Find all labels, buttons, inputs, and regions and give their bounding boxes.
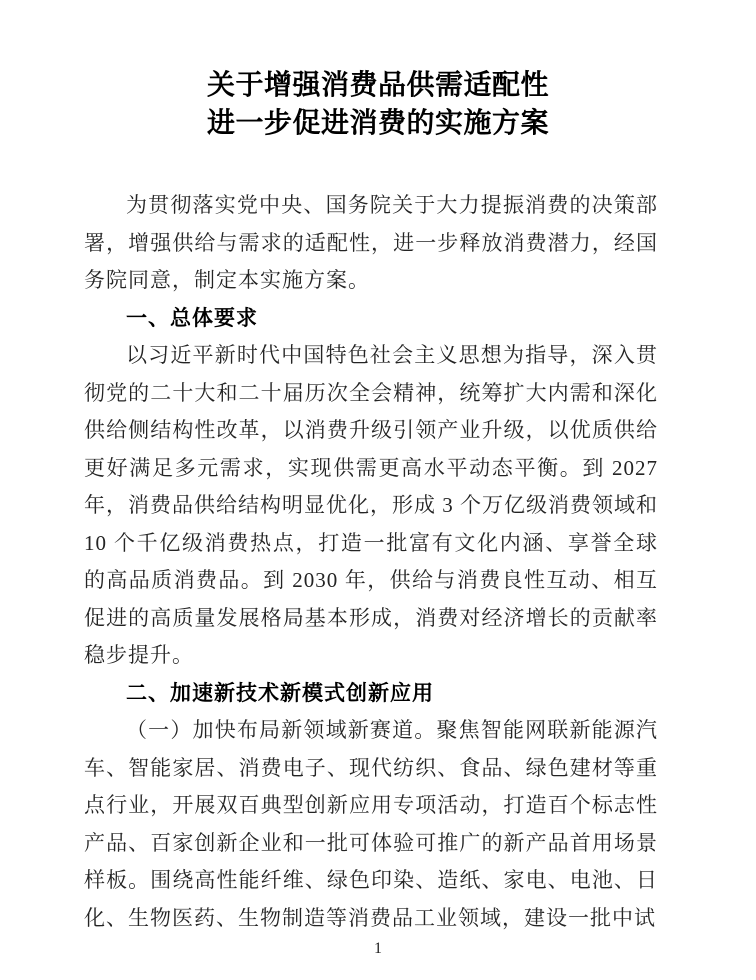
section-heading-1: 一、总体要求	[84, 300, 658, 338]
paragraph-general-requirements: 以习近平新时代中国特色社会主义思想为指导，深入贯彻党的二十大和二十届历次全会精神…	[84, 337, 658, 675]
section-heading-2: 二、加速新技术新模式创新应用	[84, 675, 658, 713]
document-title: 关于增强消费品供需适配性 进一步促进消费的实施方案	[0, 67, 756, 143]
document-page: 关于增强消费品供需适配性 进一步促进消费的实施方案 为贯彻落实党中央、国务院关于…	[0, 0, 756, 980]
document-title-line-2: 进一步促进消费的实施方案	[0, 105, 756, 143]
paragraph-new-tech-new-models: （一）加快布局新领域新赛道。聚焦智能网联新能源汽车、智能家居、消费电子、现代纺织…	[84, 712, 658, 937]
paragraph-intro: 为贯彻落实党中央、国务院关于大力提振消费的决策部署，增强供给与需求的适配性，进一…	[84, 187, 658, 300]
document-body: 为贯彻落实党中央、国务院关于大力提振消费的决策部署，增强供给与需求的适配性，进一…	[84, 187, 658, 937]
document-title-line-1: 关于增强消费品供需适配性	[0, 67, 756, 105]
page-number: 1	[0, 940, 756, 958]
